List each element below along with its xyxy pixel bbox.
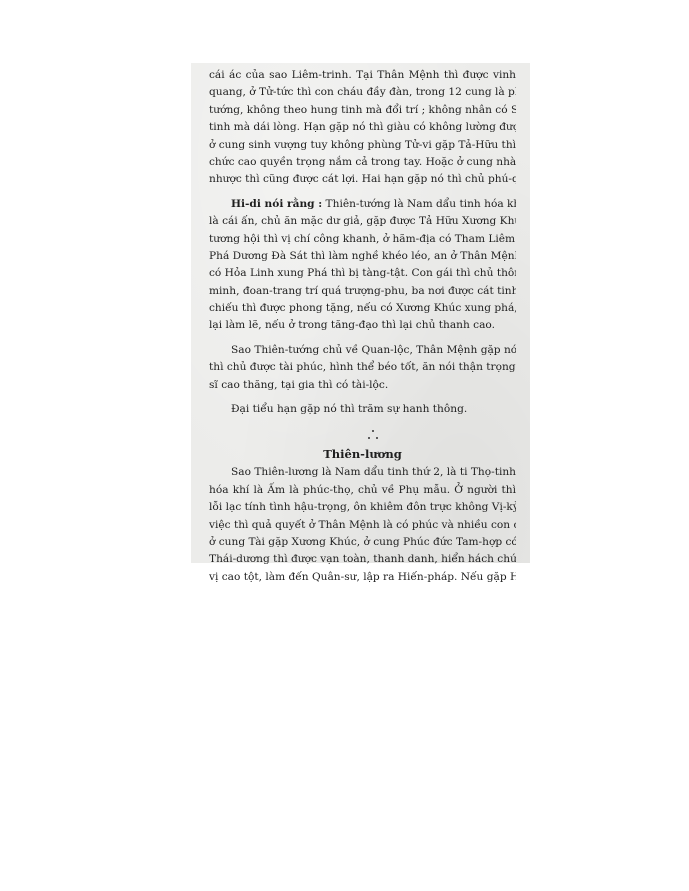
- text-line: Sao Thiên-lương là Nam dẩu tinh thứ 2, l…: [209, 464, 516, 481]
- paragraph-2: Hi-di nói rằng : Thiên-tướng là Nam dẩu …: [209, 196, 516, 335]
- text-line: ở cung Tài gặp Xương Khúc, ở cung Phúc đ…: [209, 534, 516, 551]
- text-line: chiếu thì được phong tặng, nếu có Xương …: [209, 300, 516, 317]
- text-line: nhược thì cũng được cát lợi. Hai hạn gặp…: [209, 171, 516, 188]
- text-line: tinh mà dái lòng. Hạn gặp nó thì giàu có…: [209, 119, 516, 136]
- text-line: minh, đoan-trang trí quá trượng-phu, ba …: [209, 283, 516, 300]
- section-heading: Thiên-lương: [209, 444, 516, 464]
- text-line: sĩ cao thăng, tại gia thì có tài-lộc.: [209, 377, 516, 394]
- paragraph-3: Sao Thiên-tướng chủ về Quan-lộc, Thân Mệ…: [209, 342, 516, 394]
- text-line: ở cung sinh vượng tuy không phùng Tử-vi …: [209, 137, 516, 154]
- text-line: Đại tiểu hạn gặp nó thì trăm sự hanh thô…: [209, 401, 516, 418]
- text-line: chức cao quyền trọng nắm cả trong tay. H…: [209, 154, 516, 171]
- scanned-book-page: cái ác của sao Liêm-trinh. Tại Thân Mệnh…: [191, 63, 530, 563]
- text-fragment: Thiên-tướng là Nam dẩu tinh hóa khí: [322, 198, 516, 210]
- paragraph-4: Đại tiểu hạn gặp nó thì trăm sự hanh thô…: [209, 401, 516, 418]
- paragraph-lead: Hi-di nói rằng :: [231, 198, 322, 210]
- text-line: tướng, không theo hung tinh mà đổi trí ;…: [209, 102, 516, 119]
- text-line: lại làm lẽ, nếu ở trong tăng-đạo thì lại…: [209, 317, 516, 334]
- text-line: tương hội thì vị chí công khanh, ở hãm-đ…: [209, 231, 516, 248]
- text-line: Thái-dương thì được vạn toàn, thanh danh…: [209, 551, 516, 568]
- text-line: là cái ấn, chủ ăn mặc dư giả, gặp được T…: [209, 213, 516, 230]
- text-line: thì chủ được tài phúc, hình thể béo tốt,…: [209, 359, 516, 376]
- text-line: Hi-di nói rằng : Thiên-tướng là Nam dẩu …: [209, 196, 516, 213]
- paragraph-5: Sao Thiên-lương là Nam dẩu tinh thứ 2, l…: [209, 464, 516, 586]
- text-line: vị cao tột, làm đến Quân-sư, lập ra Hiến…: [209, 569, 516, 586]
- text-line: hóa khí là Ấm là phúc-thọ, chủ về Phụ mẫ…: [209, 482, 516, 499]
- text-line: cái ác của sao Liêm-trinh. Tại Thân Mệnh…: [209, 67, 516, 84]
- text-line: Phá Dương Đà Sát thì làm nghề khéo léo, …: [209, 248, 516, 265]
- text-line: Sao Thiên-tướng chủ về Quan-lộc, Thân Mệ…: [209, 342, 516, 359]
- text-line: có Hỏa Linh xung Phá thì bị tàng-tật. Co…: [209, 265, 516, 282]
- text-line: quang, ở Tử-tức thì con cháu đầy đàn, tr…: [209, 84, 516, 101]
- text-line: việc thì quả quyết ở Thân Mệnh là có phú…: [209, 517, 516, 534]
- text-line: lỗi lạc tính tình hậu-trọng, ôn khiêm đô…: [209, 499, 516, 516]
- section-divider-dots: [209, 422, 516, 444]
- paragraph-1: cái ác của sao Liêm-trinh. Tại Thân Mệnh…: [209, 67, 516, 189]
